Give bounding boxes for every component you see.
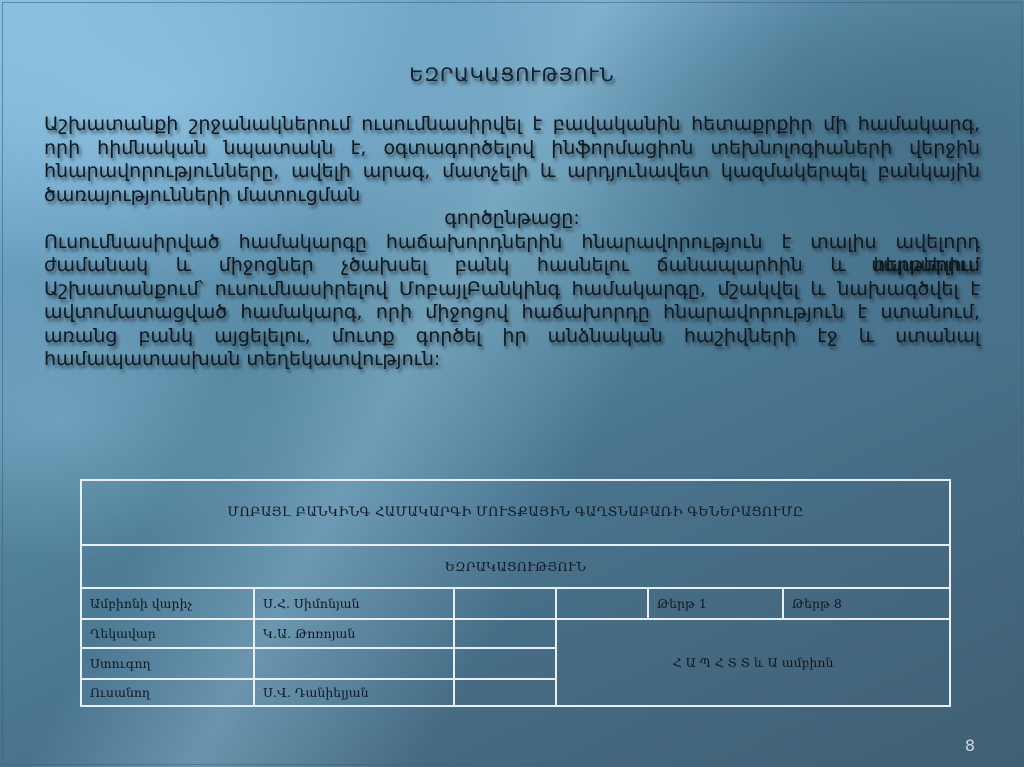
slide-title: ԵԶՐԱԿԱՑՈՒԹՅՈՒՆ: [0, 64, 1024, 86]
role-cell: Ղեկավար: [81, 619, 254, 648]
table-subheading-row: ԵԶՐԱԿԱՑՈՒԹՅՈՒՆ: [81, 545, 950, 588]
paragraph-1: Աշխատանքի շրջանակներում ուսումնասիրվել է…: [44, 113, 980, 231]
title-block-table: ՄՈԲԱՅԼ ԲԱՆԿԻՆԳ ՀԱՄԱԿԱՐԳԻ ՄՈՒՏՔԱՅԻՆ ԳԱՂՏՆ…: [80, 479, 951, 707]
table-row: Ղեկավար Կ.Ա. Թոռոյան Հ Ա Պ Հ Տ Տ և Ա ամբ…: [81, 619, 950, 648]
department-cell: Հ Ա Պ Հ Տ Տ և Ա ամբիոն: [556, 619, 950, 706]
empty-cell: [556, 588, 648, 619]
name-cell: [254, 648, 454, 679]
role-cell: Ստուգող: [81, 648, 254, 679]
name-cell: Ս.Հ. Սիմոնյան: [254, 588, 454, 619]
paragraph-2: Ուսումնասիրված համակարգը հաճախորդներին հ…: [44, 231, 980, 278]
role-cell: Ամբիոնի վարիչ: [81, 588, 254, 619]
presentation-slide: ԵԶՐԱԿԱՑՈՒԹՅՈՒՆ Աշխատանքի շրջանակներում ո…: [0, 0, 1024, 767]
name-cell: Կ.Ա. Թոռոյան: [254, 619, 454, 648]
sheets-total-cell: Թերթ 8: [783, 588, 950, 619]
empty-cell: [454, 679, 556, 706]
paragraph-1-last-line: գործընթացը:: [44, 207, 980, 231]
table-subheading: ԵԶՐԱԿԱՑՈՒԹՅՈՒՆ: [81, 545, 950, 588]
empty-cell: [454, 619, 556, 648]
sheet-cell: Թերթ 1: [648, 588, 783, 619]
role-cell: Ուսանող: [81, 679, 254, 706]
table-row: Ամբիոնի վարիչ Ս.Հ. Սիմոնյան Թերթ 1 Թերթ …: [81, 588, 950, 619]
page-number: 8: [960, 736, 980, 755]
empty-cell: [454, 588, 556, 619]
paragraph-2-body: Ուսումնասիրված համակարգը հաճախորդներին հ…: [44, 231, 980, 278]
paragraph-3: Աշխատանքում՝ ուսումնասիրելով ՄոբայլԲանկի…: [44, 278, 980, 372]
paragraph-1-body: Աշխատանքի շրջանակներում ուսումնասիրվել է…: [44, 113, 980, 207]
conclusion-text: Աշխատանքի շրջանակներում ուսումնասիրվել է…: [44, 113, 980, 372]
table-heading-row: ՄՈԲԱՅԼ ԲԱՆԿԻՆԳ ՀԱՄԱԿԱՐԳԻ ՄՈՒՏՔԱՅԻՆ ԳԱՂՏՆ…: [81, 480, 950, 545]
empty-cell: [454, 648, 556, 679]
name-cell: Ս.Վ. Դանիելյան: [254, 679, 454, 706]
table-heading: ՄՈԲԱՅԼ ԲԱՆԿԻՆԳ ՀԱՄԱԿԱՐԳԻ ՄՈՒՏՔԱՅԻՆ ԳԱՂՏՆ…: [81, 480, 950, 545]
